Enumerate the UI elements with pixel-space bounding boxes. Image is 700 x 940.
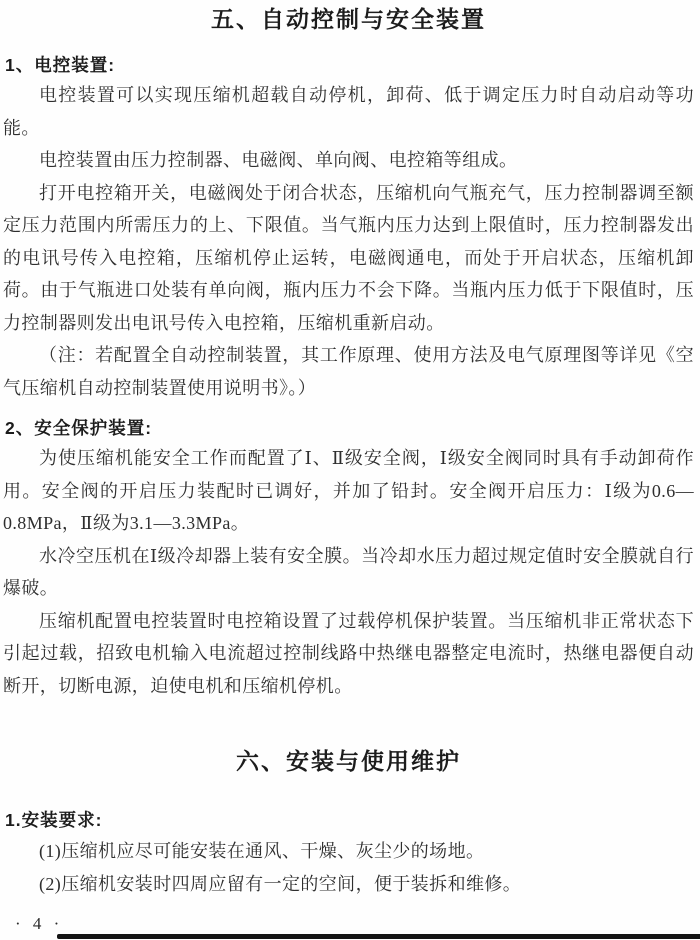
paragraph: 打开电控箱开关，电磁阀处于闭合状态，压缩机向气瓶充气，压力控制器调至额定压力范围… [3, 177, 694, 340]
paragraph-list-item: (1)压缩机应尽可能安装在通风、干燥、灰尘少的场地。 [3, 835, 694, 868]
paragraph-note: （注：若配置全自动控制装置，其工作原理、使用方法及电气原理图等详见《空气压缩机自… [3, 339, 694, 404]
bottom-scan-artifact-bar [57, 934, 700, 939]
paragraph: 电控装置由压力控制器、电磁阀、单向阀、电控箱等组成。 [3, 144, 694, 177]
section-6-heading-1: 1.安装要求: [5, 808, 694, 832]
page-number: · 4 · [3, 914, 694, 934]
paragraph: 电控装置可以实现压缩机超载自动停机，卸荷、低于调定压力时自动启动等功能。 [3, 79, 694, 144]
paragraph-list-item: (2)压缩机安装时四周应留有一定的空间，便于装拆和维修。 [3, 868, 694, 901]
paragraph: 为使压缩机能安全工作而配置了Ⅰ、Ⅱ级安全阀，Ⅰ级安全阀同时具有手动卸荷作用。安全… [3, 442, 694, 540]
paragraph: 水冷空压机在Ⅰ级冷却器上装有安全膜。当冷却水压力超过规定值时安全膜就自行爆破。 [3, 540, 694, 605]
section-5-heading-2: 2、安全保护装置: [5, 416, 694, 440]
paragraph: 压缩机配置电控装置时电控箱设置了过载停机保护装置。当压缩机非正常状态下引起过载，… [3, 605, 694, 703]
manual-page: 五、自动控制与安全装置 1、电控装置: 电控装置可以实现压缩机超载自动停机，卸荷… [0, 0, 700, 940]
section-6-title: 六、安装与使用维护 [3, 746, 694, 776]
section-5-heading-1: 1、电控装置: [5, 53, 694, 77]
section-5-title: 五、自动控制与安全装置 [3, 4, 694, 34]
